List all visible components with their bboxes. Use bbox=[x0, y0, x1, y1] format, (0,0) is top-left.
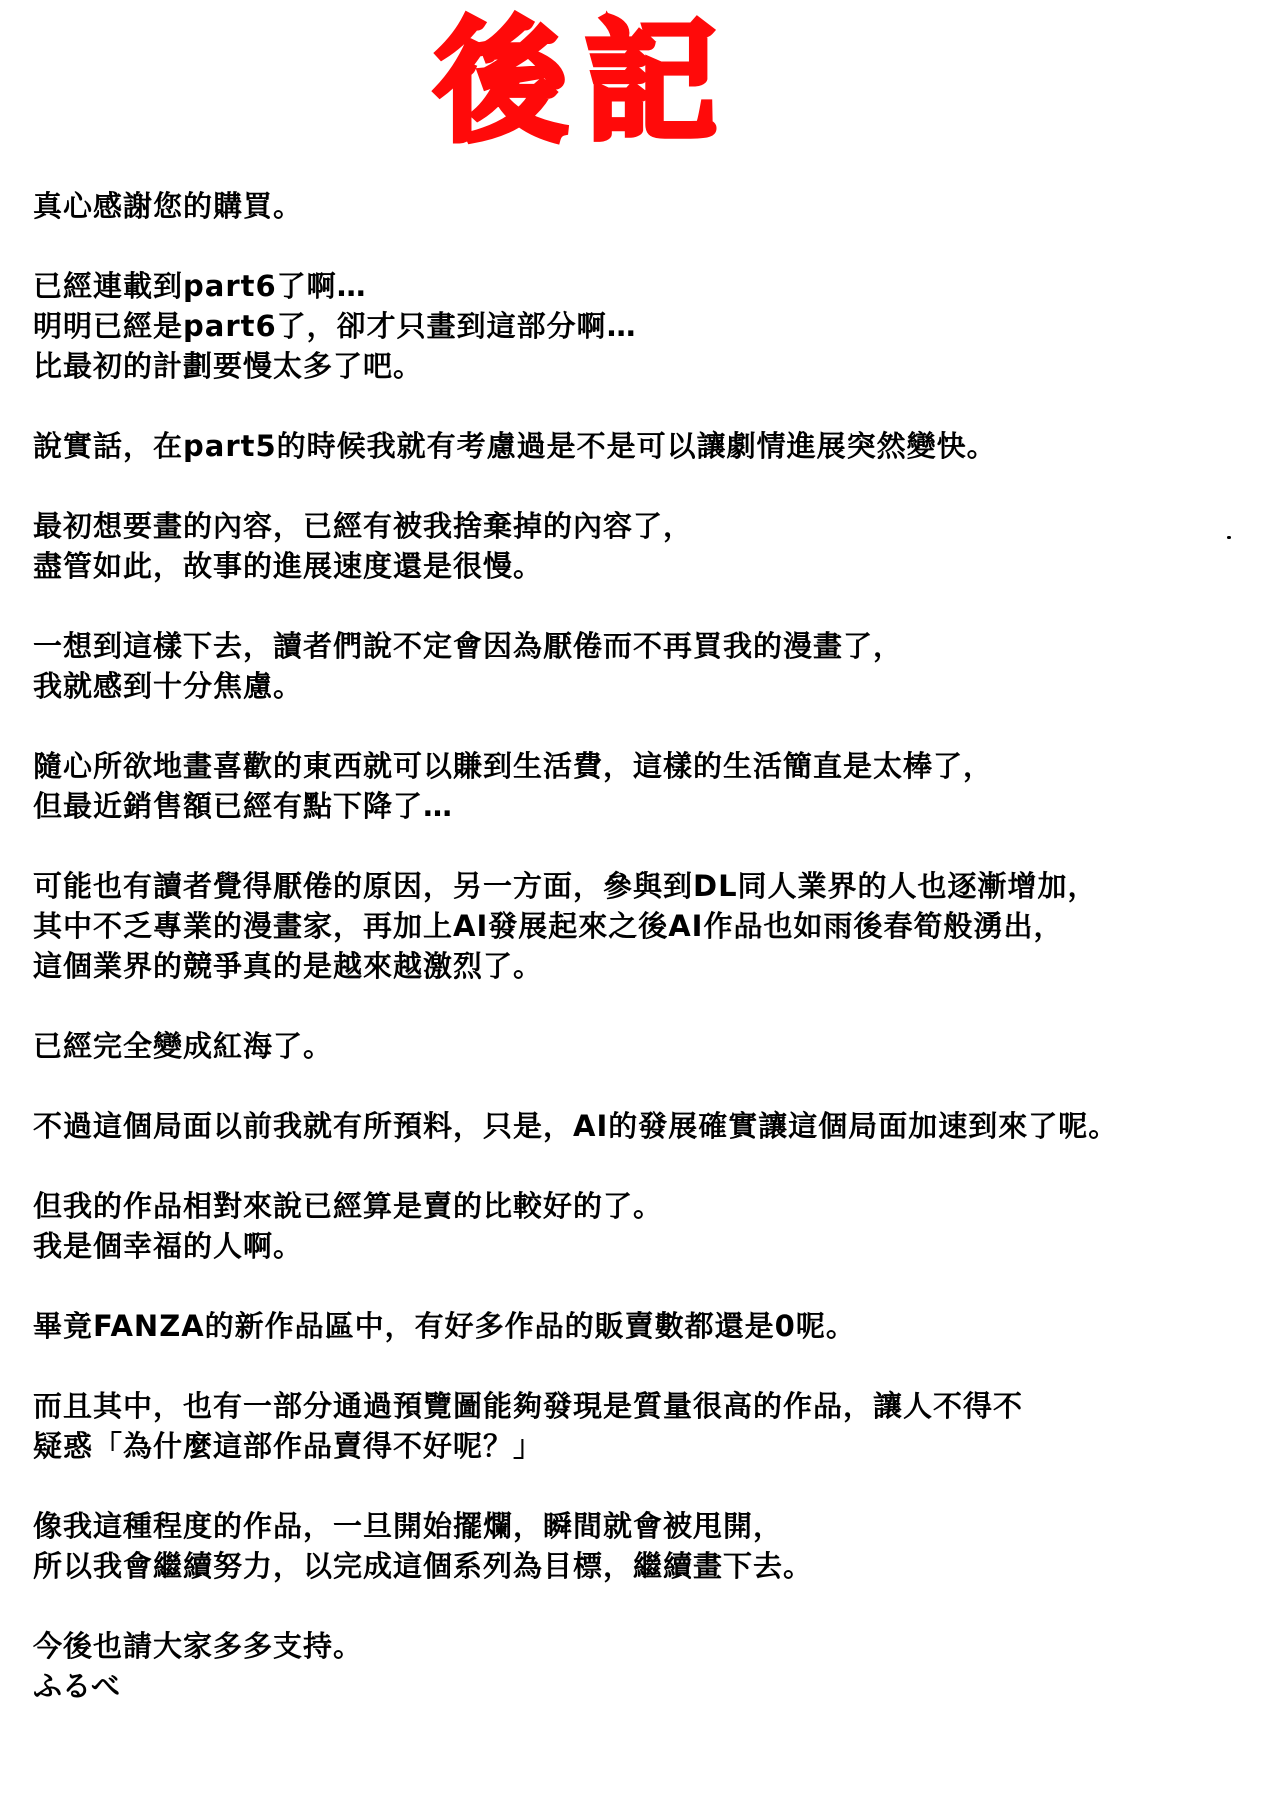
text-line: 盡管如此，故事的進展速度還是很慢。 bbox=[33, 546, 1263, 586]
page-title: 後記 bbox=[405, 8, 765, 158]
paragraph-part6: 已經連載到part6了啊… 明明已經是part6了，卻才只畫到這部分啊… 比最初… bbox=[33, 266, 1263, 386]
paragraph-competition: 可能也有讀者覺得厭倦的原因，另一方面，參與到DL同人業界的人也逐漸增加， 其中不… bbox=[33, 866, 1263, 986]
paragraph-closing: 今後也請大家多多支持。 ふるべ bbox=[33, 1626, 1263, 1706]
text-line: 今後也請大家多多支持。 bbox=[33, 1626, 1263, 1666]
paragraph-content-cut: 最初想要畫的內容，已經有被我捨棄掉的內容了， 盡管如此，故事的進展速度還是很慢。 bbox=[33, 506, 1263, 586]
text-line: 可能也有讀者覺得厭倦的原因，另一方面，參與到DL同人業界的人也逐漸增加， bbox=[33, 866, 1263, 906]
paragraph-red-ocean: 已經完全變成紅海了。 bbox=[33, 1026, 1263, 1066]
text-line: 疑惑「為什麼這部作品賣得不好呢？」 bbox=[33, 1426, 1263, 1466]
paragraph-ai: 不過這個局面以前我就有所預料，只是，AI的發展確實讓這個局面加速到來了呢。 bbox=[33, 1106, 1263, 1146]
author-signature: ふるべ bbox=[33, 1666, 1263, 1706]
text-line: 已經連載到part6了啊… bbox=[33, 266, 1263, 306]
paragraph-thanks: 真心感謝您的購買。 bbox=[33, 186, 1263, 226]
paragraph-fanza: 畢竟FANZA的新作品區中，有好多作品的販賣數都還是0呢。 bbox=[33, 1306, 1263, 1346]
paragraph-part5: 說實話，在part5的時候我就有考慮過是不是可以讓劇情進展突然變快。 bbox=[33, 426, 1263, 466]
text-line: 我就感到十分焦慮。 bbox=[33, 666, 1263, 706]
paragraph-sales: 隨心所欲地畫喜歡的東西就可以賺到生活費，這樣的生活簡直是太棒了， 但最近銷售額已… bbox=[33, 746, 1263, 826]
text-line: 已經完全變成紅海了。 bbox=[33, 1026, 1263, 1066]
text-line: 但我的作品相對來說已經算是賣的比較好的了。 bbox=[33, 1186, 1263, 1226]
text-line: 最初想要畫的內容，已經有被我捨棄掉的內容了， bbox=[33, 506, 1263, 546]
text-line: 畢竟FANZA的新作品區中，有好多作品的販賣數都還是0呢。 bbox=[33, 1306, 1263, 1346]
text-line: 說實話，在part5的時候我就有考慮過是不是可以讓劇情進展突然變快。 bbox=[33, 426, 1263, 466]
text-line: 而且其中，也有一部分通過預覽圖能夠發現是質量很高的作品，讓人不得不 bbox=[33, 1386, 1263, 1426]
text-line: 一想到這樣下去，讀者們說不定會因為厭倦而不再買我的漫畫了， bbox=[33, 626, 1263, 666]
text-line: 真心感謝您的購買。 bbox=[33, 186, 1263, 226]
paragraph-happy: 但我的作品相對來說已經算是賣的比較好的了。 我是個幸福的人啊。 bbox=[33, 1186, 1263, 1266]
text-line: 像我這種程度的作品，一旦開始擺爛，瞬間就會被甩開， bbox=[33, 1506, 1263, 1546]
paragraph-anxiety: 一想到這樣下去，讀者們說不定會因為厭倦而不再買我的漫畫了， 我就感到十分焦慮。 bbox=[33, 626, 1263, 706]
stray-dot bbox=[1227, 536, 1231, 539]
text-line: 其中不乏專業的漫畫家，再加上AI發展起來之後AI作品也如雨後春筍般湧出， bbox=[33, 906, 1263, 946]
paragraph-quality: 而且其中，也有一部分通過預覽圖能夠發現是質量很高的作品，讓人不得不 疑惑「為什麼… bbox=[33, 1386, 1263, 1466]
paragraph-effort: 像我這種程度的作品，一旦開始擺爛，瞬間就會被甩開， 所以我會繼續努力，以完成這個… bbox=[33, 1506, 1263, 1586]
text-line: 這個業界的競爭真的是越來越激烈了。 bbox=[33, 946, 1263, 986]
text-line: 明明已經是part6了，卻才只畫到這部分啊… bbox=[33, 306, 1263, 346]
text-line: 但最近銷售額已經有點下降了… bbox=[33, 786, 1263, 826]
text-line: 比最初的計劃要慢太多了吧。 bbox=[33, 346, 1263, 386]
text-line: 不過這個局面以前我就有所預料，只是，AI的發展確實讓這個局面加速到來了呢。 bbox=[33, 1106, 1263, 1146]
text-line: 所以我會繼續努力，以完成這個系列為目標，繼續畫下去。 bbox=[33, 1546, 1263, 1586]
afterword-body: 真心感謝您的購買。 已經連載到part6了啊… 明明已經是part6了，卻才只畫… bbox=[33, 186, 1263, 1706]
text-line: 隨心所欲地畫喜歡的東西就可以賺到生活費，這樣的生活簡直是太棒了， bbox=[33, 746, 1263, 786]
text-line: 我是個幸福的人啊。 bbox=[33, 1226, 1263, 1266]
